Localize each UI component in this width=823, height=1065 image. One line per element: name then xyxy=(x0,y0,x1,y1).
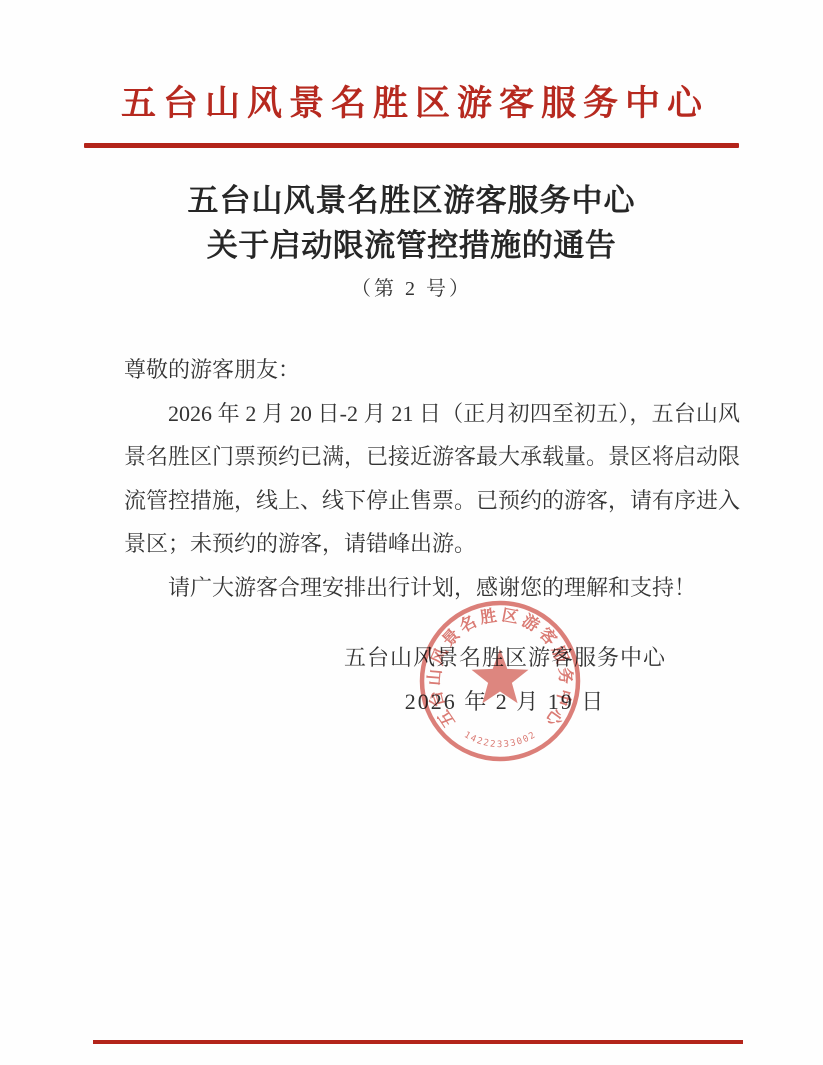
body-paragraph: 2026 年 2 月 20 日-2 月 21 日（正月初四至初五），五台山风景名… xyxy=(124,392,740,566)
scanned-notice-page: 五台山风景名胜区游客服务中心 五台山风景名胜区游客服务中心 关于启动限流管控措施… xyxy=(0,0,823,1065)
issue-number: （第 2 号） xyxy=(0,275,823,303)
document-title-line1: 五台山风景名胜区游客服务中心 xyxy=(0,178,823,223)
notice-body: 尊敬的游客朋友： 2026 年 2 月 20 日-2 月 21 日（正月初四至初… xyxy=(124,348,740,609)
letterhead-divider xyxy=(84,143,739,148)
body-paragraph: 请广大游客合理安排出行计划，感谢您的理解和支持！ xyxy=(124,566,740,610)
document-title: 五台山风景名胜区游客服务中心 关于启动限流管控措施的通告 xyxy=(0,178,823,268)
signature-date: 2026 年 2 月 19 日 xyxy=(280,680,730,724)
closing-block: 五台山风景名胜区游客服务中心 2026 年 2 月 19 日 xyxy=(280,636,730,724)
footer-divider xyxy=(93,1040,743,1044)
salutation: 尊敬的游客朋友： xyxy=(124,348,740,392)
signature-org-name: 五台山风景名胜区游客服务中心 xyxy=(280,636,730,680)
letterhead-org-name: 五台山风景名胜区游客服务中心 xyxy=(0,80,823,128)
seal-code: 14222333002 xyxy=(462,730,538,750)
svg-text:14222333002: 14222333002 xyxy=(462,730,538,750)
document-title-line2: 关于启动限流管控措施的通告 xyxy=(0,223,823,268)
